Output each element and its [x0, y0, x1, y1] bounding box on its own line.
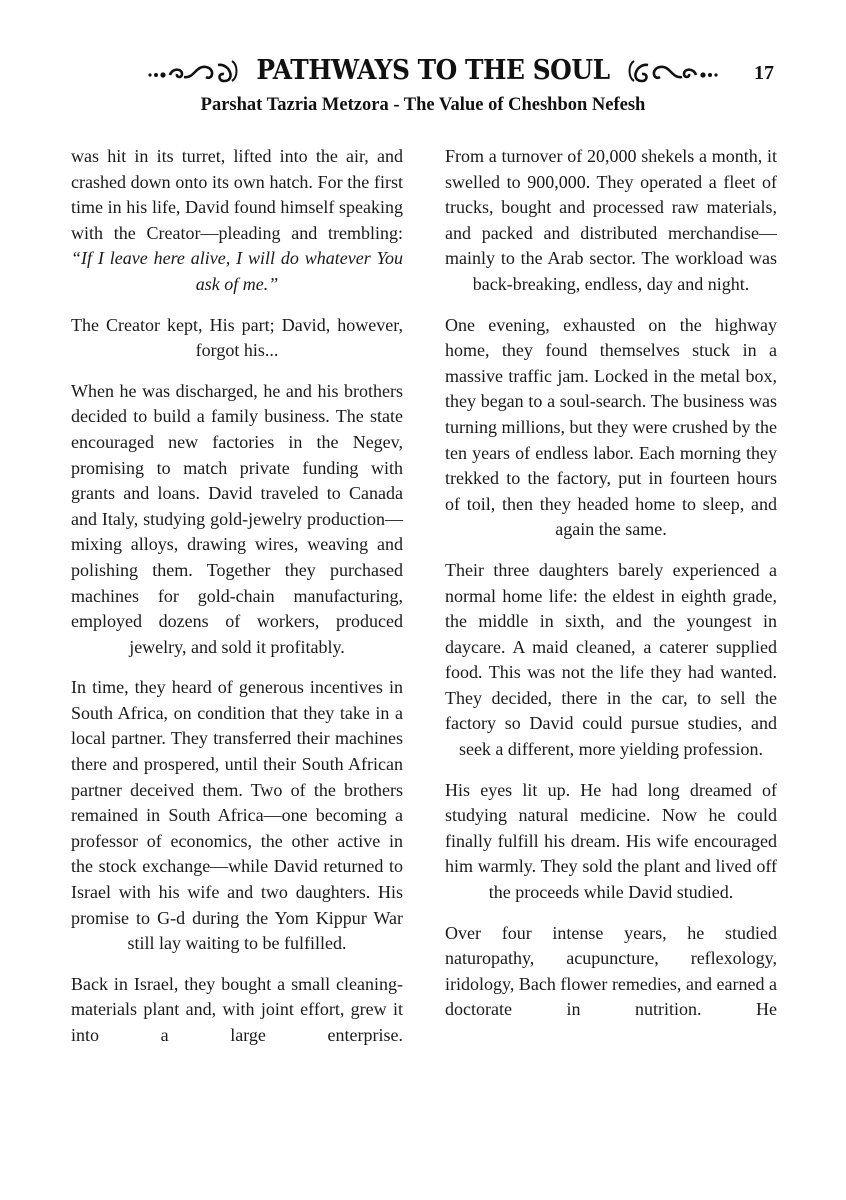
- ornament-left-icon: [146, 55, 241, 85]
- chapter-subtitle: Parshat Tazria Metzora - The Value of Ch…: [0, 95, 846, 116]
- paragraph: When he was discharged, he and his broth…: [71, 379, 403, 661]
- ornament-right-icon: [625, 55, 720, 85]
- running-title: PATHWAYS TO THE SOUL: [133, 52, 733, 88]
- paragraph: His eyes lit up. He had long dreamed of …: [445, 778, 777, 906]
- paragraph: Their three daughters barely experienced…: [445, 558, 777, 763]
- right-column: From a turnover of 20,000 shekels a mont…: [445, 144, 777, 1038]
- paragraph-text: was hit in its turret, lifted into the a…: [71, 146, 403, 243]
- running-title-text: PATHWAYS TO THE SOUL: [256, 55, 609, 86]
- paragraph: From a turnover of 20,000 shekels a mont…: [445, 144, 777, 298]
- paragraph: The Creator kept, His part; David, howev…: [71, 313, 403, 364]
- paragraph: was hit in its turret, lifted into the a…: [71, 144, 403, 298]
- left-column: was hit in its turret, lifted into the a…: [71, 144, 403, 1064]
- paragraph: One evening, exhausted on the highway ho…: [445, 313, 777, 543]
- paragraph: In time, they heard of generous incentiv…: [71, 675, 403, 957]
- paragraph: Over four intense years, he studied natu…: [445, 921, 777, 1023]
- page-number: 17: [754, 62, 774, 85]
- quote: “If I leave here alive, I will do whatev…: [71, 248, 403, 294]
- page-header: PATHWAYS TO THE SOUL 17: [0, 52, 846, 92]
- paragraph: Back in Israel, they bought a small clea…: [71, 972, 403, 1049]
